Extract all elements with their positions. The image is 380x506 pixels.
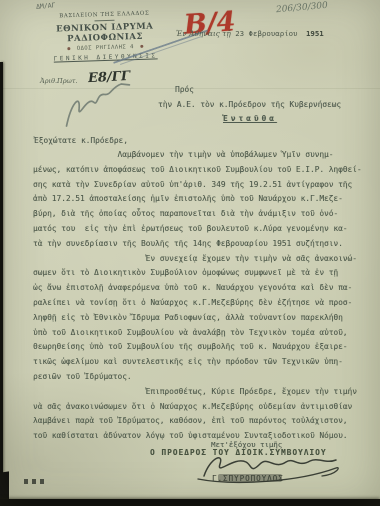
body-line: Ἐπιπροσθέτως, Κύριε Πρόεδρε, ἔχομεν τὴν … [33,385,373,400]
ornament-dot [140,45,143,48]
letter-body: Λαμβάνομεν τὴν τιμὴν νὰ ὑποβάλωμεν Ὑμῖν … [33,148,373,444]
body-line: λαμβάνει παρὰ τοῦ Ἱδρύματος, καθόσον, ἐπ… [33,414,373,429]
body-line: ὑπὸ τοῦ Διοικητικοῦ Συμβουλίου νὰ ἀναλάβ… [33,326,373,341]
address-text: ΟΔΟΣ ΡΗΓΙΛΛΗΣ 4 [77,44,134,52]
body-line: Λαμβάνομεν τὴν τιμὴν νὰ ὑποβάλωμεν Ὑμῖν … [33,148,373,163]
body-line: βύρη, διὰ τῆς ὁποίας οὗτος παραπονεῖται … [33,207,373,222]
body-line: ματός του εἰς τὴν ἐπὶ ἐρωτήσεως τοῦ βουλ… [33,222,373,237]
body-line: σωμεν ὅτι τὸ Διοικητικὸν Συμβούλιον ὁμοφ… [33,266,373,281]
kingdom-line: ΒΑΣΙΛΕΙΟΝ ΤΗΣ ΕΛΛΑΔΟΣ [19,9,189,20]
recipient-line: τὴν Α.Ε. τὸν κ.Πρόεδρον τῆς Κυβερνήσεως [158,100,341,109]
body-line: ἀπὸ 17.2.51 ἀποσταλείσης ἡμῖν ἐπιστολῆς … [33,192,373,207]
signer-name: Γ.ΣΠΥΡΟΠΟΥΛΟΣ [212,474,284,483]
corner-reference: ΔΜ/ΑΓ [36,1,56,11]
body-line: σης κατὰ τὴν Συνεδρίαν αὐτοῦ ὑπ'ἀριθ. 34… [33,178,373,193]
letterhead: ΒΑΣΙΛΕΙΟΝ ΤΗΣ ΕΛΛΑΔΟΣ ΕΘΝΙΚΟΝ ΙΔΡΥΜΑ ΡΑΔ… [19,9,190,63]
body-line: θεωρηθείσης ὑπὸ τοῦ Συμβουλίου τῆς συμβο… [33,340,373,355]
body-line: τοῦ καθίσταται ἀδύνατον λόγῳ τοῦ ὑφισταμ… [33,429,373,444]
date-year: 1951 [306,29,324,38]
pencil-initials-scribble [49,76,139,135]
body-line: ληφθῇ εἰς τὸ Ἐθνικὸν Ἴδρυμα Ραδιοφωνίας,… [33,311,373,326]
organization-name: ΕΘΝΙΚΟΝ ΙΔΡΥΜΑ ΡΑΔΙΟΦΩΝΙΑΣ [20,20,191,45]
scan-edge-bottom [0,499,380,506]
body-line: Ἐν συνεχείᾳ ἔχομεν τὴν τιμὴν νὰ σᾶς ἀνακ… [33,252,373,267]
date-line: Ἐν Ἀθήναις τῇ 23 Φεβρουαρίου 1951 [176,29,324,38]
body-line: μένως, κατόπιν ἀποφάσεως τοῦ Διοικητικοῦ… [33,163,373,178]
body-line: τικῶς ὠφελίμου καὶ συντελεστικῆς εἰς τὴν… [33,355,373,370]
pencil-reference-number: 206/30/300 [276,1,329,15]
date-place: Ἐν Ἀθήναις τῇ [176,29,231,38]
ornament-dot [68,47,71,50]
salutation: Ἐξοχώτατε κ.Πρόεδρε, [34,136,128,145]
date-day-month: 23 Φεβρουαρίου [235,29,297,38]
body-line: ραλείπει νὰ τονίσῃ ὅτι ὁ Ναύαρχος κ.Γ.Με… [33,296,373,311]
body-line: νὰ σᾶς ἀνακοινώσωμεν ὅτι ὁ Ναύαρχος κ.Με… [33,400,373,415]
department-line: ΓΕΝΙΚΗ ΔΙΕΥΘΥΝΣΙΣ [21,51,191,63]
scan-edge-corner [0,471,9,502]
recipient-place: Ἐνταῦθα [223,114,277,123]
document-page: ΔΜ/ΑΓ ΒΑΣΙΛΕΙΟΝ ΤΗΣ ΕΛΛΑΔΟΣ ΕΘΝΙΚΟΝ ΙΔΡΥ… [0,0,380,506]
body-line: ὡς ἄνω ἐπιστολῇ ἀναφερόμενα ὑπὸ τοῦ κ. Ν… [33,281,373,296]
letterhead-rule [94,20,114,22]
faint-stamp-marks [24,479,44,484]
scan-edge-left [0,62,3,506]
recipient-to-label: Πρός [175,85,194,94]
body-line: ρεσιῶν τοῦ Ἱδρύματος. [33,370,373,385]
body-line: τὰ τὴν συνεδρίασιν τῆς Βουλῆς τῆς 14ης Φ… [33,237,373,252]
